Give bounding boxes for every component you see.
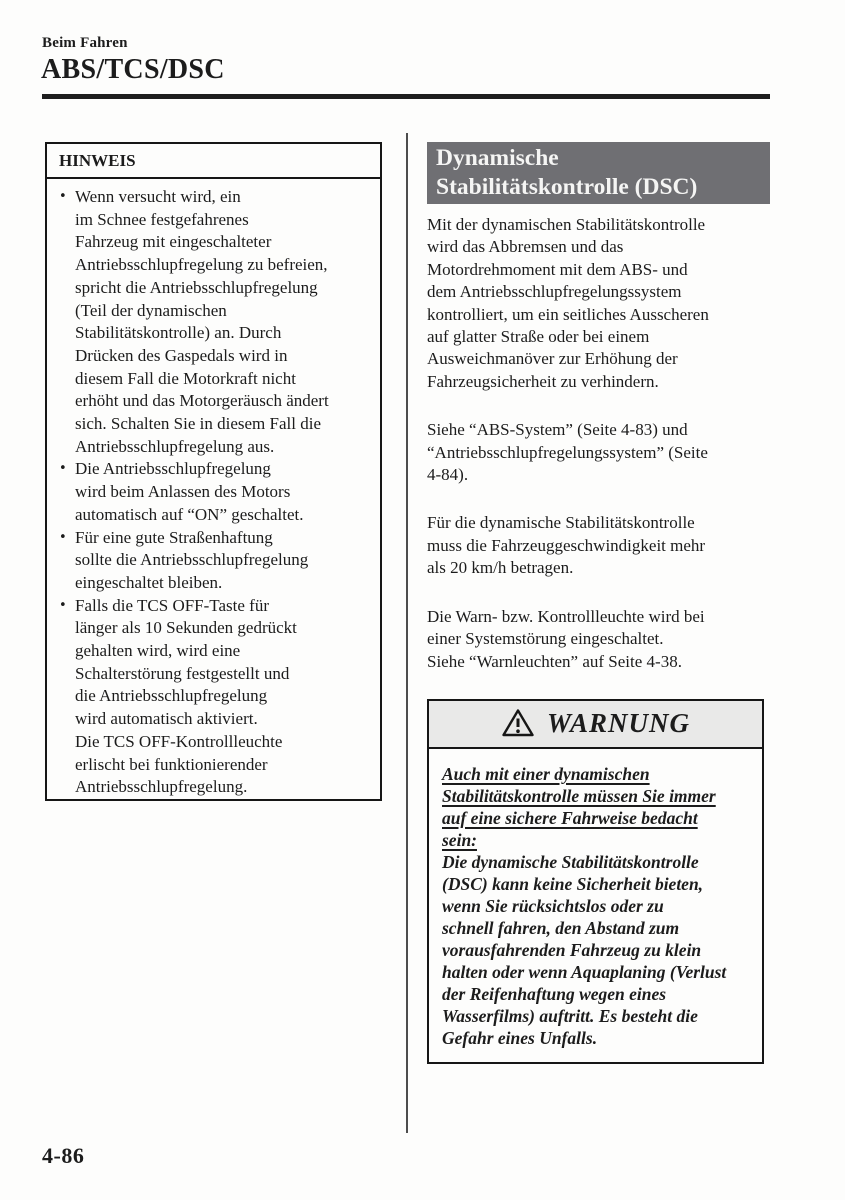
warning-title: WARNUNG [547, 708, 690, 739]
title-rule [42, 94, 770, 99]
note-box: HINWEIS • Wenn versucht wird, ein im Sch… [45, 142, 382, 801]
bullet-icon: • [59, 458, 75, 481]
bullet-icon: • [59, 186, 75, 209]
warning-lead-text: Auch mit einer dynamischen Stabilitätsko… [442, 763, 750, 851]
body-paragraph: Siehe “ABS-System” (Seite 4-83) und “Ant… [427, 419, 770, 486]
dsc-section-heading: Dynamische Stabilitätskontrolle (DSC) [427, 142, 770, 204]
note-item: • Falls die TCS OFF-Taste für länger als… [59, 595, 374, 799]
note-item-text: Für eine gute Straßenhaftung sollte die … [75, 527, 374, 595]
manual-page: Beim Fahren ABS/TCS/DSC HINWEIS • Wenn v… [0, 0, 845, 1200]
warning-box: WARNUNG Auch mit einer dynamischen Stabi… [427, 699, 764, 1064]
note-item: • Wenn versucht wird, ein im Schnee fest… [59, 186, 374, 458]
warning-triangle-icon [501, 708, 535, 738]
note-box-title: HINWEIS [47, 144, 380, 179]
bullet-icon: • [59, 595, 75, 618]
note-item: • Die Antriebsschlupfregelung wird beim … [59, 458, 374, 526]
note-list: • Wenn versucht wird, ein im Schnee fest… [47, 179, 380, 799]
column-divider [406, 133, 408, 1133]
note-item: • Für eine gute Straßenhaftung sollte di… [59, 527, 374, 595]
warning-content: Auch mit einer dynamischen Stabilitätsko… [429, 749, 762, 1062]
body-paragraph: Die Warn- bzw. Kontrollleuchte wird bei … [427, 606, 770, 673]
body-paragraph: Mit der dynamischen Stabilitätskontrolle… [427, 214, 770, 393]
main-column: Dynamische Stabilitätskontrolle (DSC) Mi… [427, 142, 770, 1064]
note-item-text: Die Antriebsschlupfregelung wird beim An… [75, 458, 374, 526]
note-item-text: Falls die TCS OFF-Taste für länger als 1… [75, 595, 374, 799]
section-label: Beim Fahren [42, 35, 128, 52]
warning-header: WARNUNG [429, 701, 762, 749]
page-number: 4-86 [42, 1143, 84, 1169]
page-title: ABS/TCS/DSC [41, 54, 225, 86]
warning-body-text: Die dynamische Stabilitätskontrolle (DSC… [442, 851, 750, 1049]
bullet-icon: • [59, 527, 75, 550]
note-item-text: Wenn versucht wird, ein im Schnee festge… [75, 186, 374, 458]
body-paragraph: Für die dynamische Stabilitätskontrolle … [427, 512, 770, 579]
